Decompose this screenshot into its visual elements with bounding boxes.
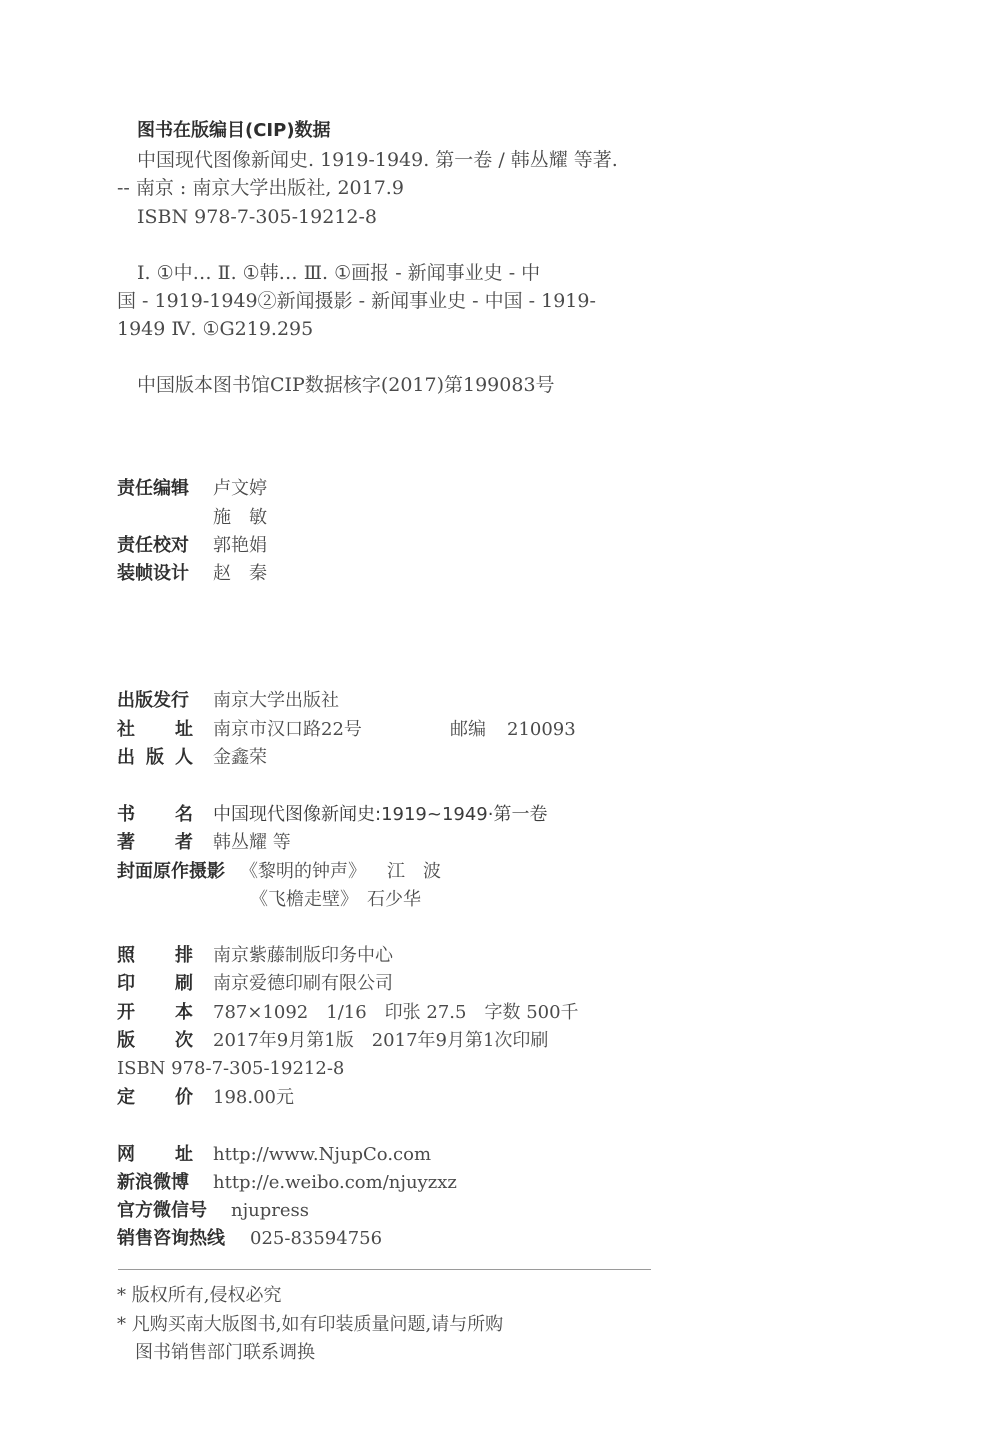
- price-label: 定 价: [117, 1086, 193, 1110]
- edition-label: 版 次: [117, 1029, 193, 1053]
- cip-line-2: -- 南京 : 南京大学出版社, 2017.9: [117, 176, 404, 200]
- format-value: 787×1092 1/16 印张 27.5 字数 500千: [213, 1001, 579, 1025]
- isbn-value: ISBN 978-7-305-19212-8: [117, 1057, 344, 1081]
- editor-label: 责任编辑: [117, 477, 189, 501]
- title-label: 书 名: [117, 803, 193, 827]
- cip-classification-3: 1949 Ⅳ. ①G219.295: [117, 317, 313, 341]
- editor-name-1: 卢文婷: [213, 477, 267, 501]
- format-label: 开 本: [117, 1001, 193, 1025]
- cip-isbn: ISBN 978-7-305-19212-8: [137, 205, 377, 229]
- website-link[interactable]: http://www.NjupCo.com: [213, 1143, 431, 1167]
- editor-name-2: 施 敏: [213, 506, 267, 530]
- book-author: 韩丛耀 等: [213, 831, 291, 855]
- publisher-person-label: 出 版 人: [117, 746, 193, 770]
- cover-photo-work-2: 《飞檐走壁》: [250, 888, 358, 912]
- postcode-label: 邮编: [450, 718, 486, 742]
- cip-line-1: 中国现代图像新闻史. 1919-1949. 第一卷 / 韩丛耀 等著.: [137, 148, 618, 172]
- proofreader-name: 郭艳娟: [213, 534, 267, 558]
- postcode-value: 210093: [507, 718, 576, 742]
- price-value: 198.00元: [213, 1086, 294, 1110]
- note-quality-2: 图书销售部门联系调换: [117, 1341, 315, 1365]
- copyright-page: 图书在版编目(CIP)数据 中国现代图像新闻史. 1919-1949. 第一卷 …: [0, 0, 1003, 1436]
- address-label: 社 址: [117, 718, 193, 742]
- website-label: 网 址: [117, 1143, 193, 1167]
- book-title: 中国现代图像新闻史:1919~1949·第一卷: [213, 803, 547, 827]
- weibo-link[interactable]: http://e.weibo.com/njuyzxz: [213, 1171, 457, 1195]
- cover-photographer-2: 石少华: [367, 888, 421, 912]
- hotline-value: 025-83594756: [250, 1227, 382, 1251]
- designer-name: 赵 秦: [213, 562, 267, 586]
- printing-value: 南京爱德印刷有限公司: [213, 972, 393, 996]
- cip-heading: 图书在版编目(CIP)数据: [137, 119, 331, 143]
- cover-photo-work-1: 《黎明的钟声》: [240, 860, 366, 884]
- designer-label: 装帧设计: [117, 562, 189, 586]
- typesetting-label: 照 排: [117, 944, 193, 968]
- wechat-label: 官方微信号: [117, 1199, 207, 1223]
- distributor-label: 出版发行: [117, 689, 189, 713]
- proofreader-label: 责任校对: [117, 534, 189, 558]
- note-quality-1: * 凡购买南大版图书,如有印装质量问题,请与所购: [117, 1313, 503, 1337]
- publisher-person-value: 金鑫荣: [213, 746, 267, 770]
- note-copyright: * 版权所有,侵权必究: [117, 1284, 281, 1308]
- wechat-value: njupress: [231, 1199, 309, 1223]
- cover-photographer-1: 江 波: [387, 860, 441, 884]
- cip-classification-2: 国 - 1919-1949②新闻摄影 - 新闻事业史 - 中国 - 1919-: [117, 289, 596, 313]
- divider: [118, 1269, 651, 1270]
- address-value: 南京市汉口路22号: [213, 718, 362, 742]
- cip-record-number: 中国版本图书馆CIP数据核字(2017)第199083号: [137, 373, 555, 397]
- hotline-label: 销售咨询热线: [117, 1227, 225, 1251]
- cover-photo-label: 封面原作摄影: [117, 860, 225, 884]
- typesetting-value: 南京紫藤制版印务中心: [213, 944, 393, 968]
- distributor-value: 南京大学出版社: [213, 689, 339, 713]
- cip-classification-1: Ⅰ. ①中… Ⅱ. ①韩… Ⅲ. ①画报 - 新闻事业史 - 中: [137, 261, 540, 285]
- weibo-label: 新浪微博: [117, 1171, 189, 1195]
- edition-value: 2017年9月第1版 2017年9月第1次印刷: [213, 1029, 548, 1053]
- printing-label: 印 刷: [117, 972, 193, 996]
- author-label: 著 者: [117, 831, 193, 855]
